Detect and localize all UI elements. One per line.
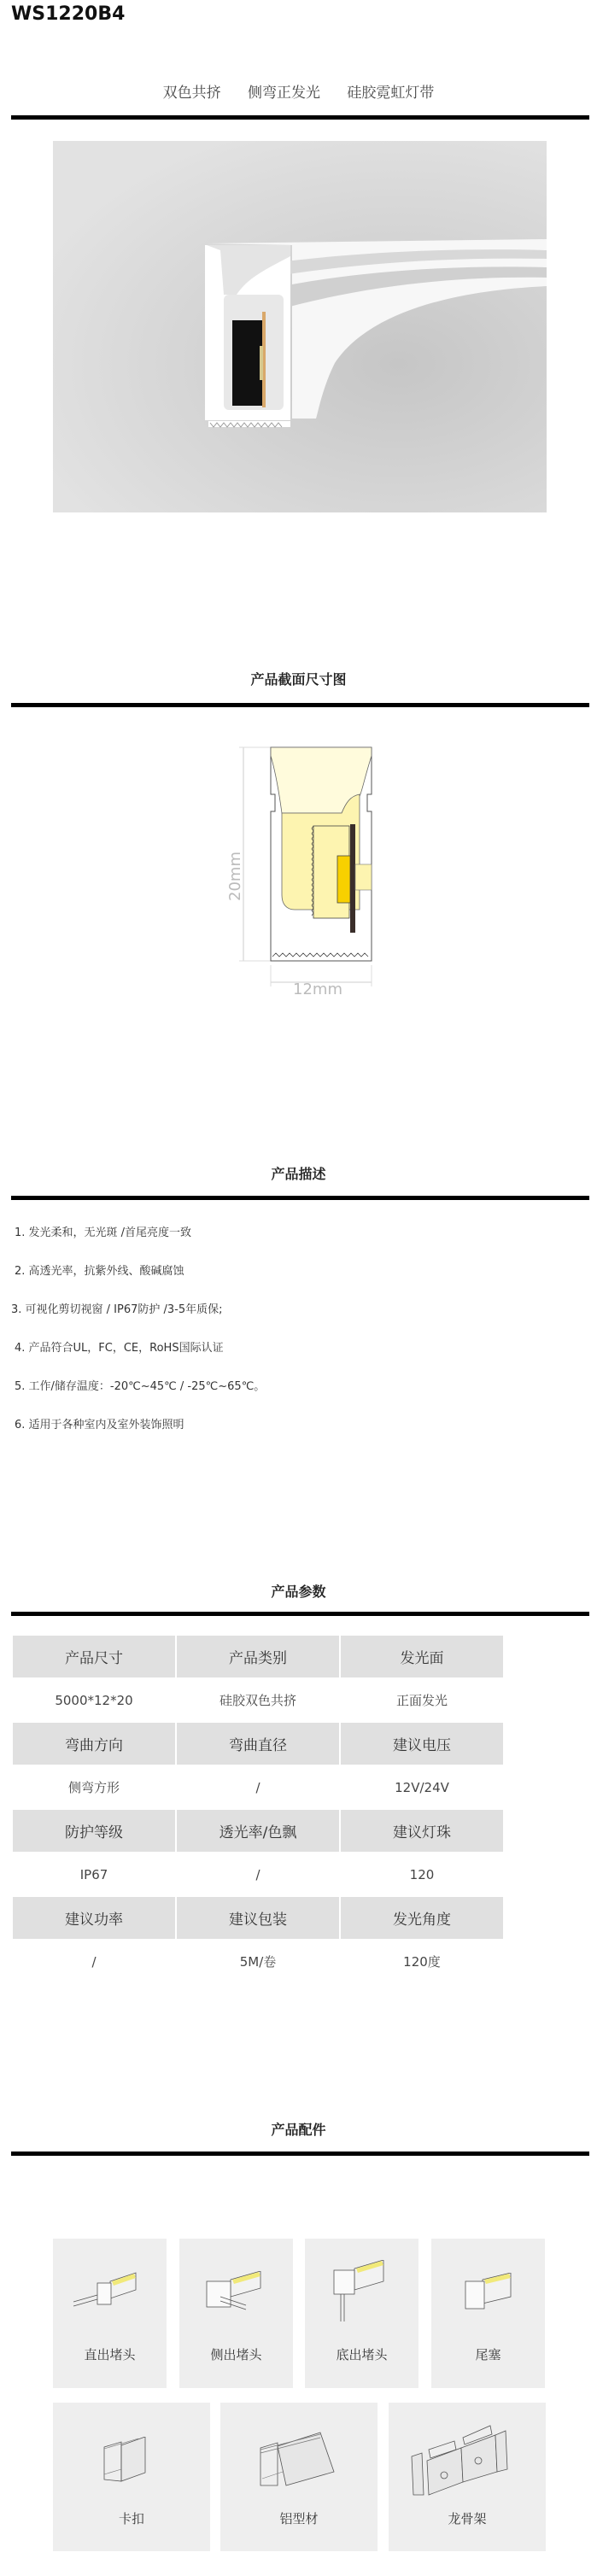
table-row: 5000*12*20 硅胶双色共挤 正面发光 bbox=[13, 1677, 503, 1723]
param-header: 建议包装 bbox=[177, 1897, 339, 1939]
aluminum-profile-icon bbox=[259, 2431, 340, 2491]
table-header-row: 弯曲方向 弯曲直径 建议电压 bbox=[13, 1723, 503, 1765]
accessory-card-tail-plug: 尾塞 bbox=[431, 2239, 545, 2388]
product-model-title: WS1220B4 bbox=[11, 3, 125, 25]
table-row: 侧弯方形 / 12V/24V bbox=[13, 1765, 503, 1810]
param-value: 120 bbox=[341, 1852, 503, 1897]
param-value: 硅胶双色共挤 bbox=[177, 1677, 339, 1723]
accessory-card-side-end-cap: 侧出堵头 bbox=[179, 2239, 293, 2388]
param-value: IP67 bbox=[13, 1852, 175, 1897]
tag-dual-color: 双色共挤 bbox=[163, 85, 221, 102]
divider bbox=[11, 2152, 589, 2156]
accessory-label: 尾塞 bbox=[431, 2345, 545, 2363]
description-item: 2. 高透光率，抗紫外线、酸碱腐蚀 bbox=[15, 1262, 184, 1278]
param-value: 5000*12*20 bbox=[13, 1677, 175, 1723]
table-header-row: 建议功率 建议包装 发光角度 bbox=[13, 1897, 503, 1939]
bottom-end-cap-icon bbox=[331, 2260, 390, 2324]
accessory-card-clip: 卡扣 bbox=[53, 2403, 210, 2551]
description-item: 1. 发光柔和，无光斑 /首尾亮度一致 bbox=[15, 1223, 191, 1239]
param-header: 产品尺寸 bbox=[13, 1636, 175, 1677]
param-value: 5M/卷 bbox=[177, 1939, 339, 1984]
keel-frame-icon bbox=[410, 2422, 521, 2499]
table-header-row: 防护等级 透光率/色飘 建议灯珠 bbox=[13, 1810, 503, 1852]
description-item: 5. 工作/储存温度：-20℃~45℃ / -25℃~65℃。 bbox=[15, 1377, 265, 1393]
accessory-card-keel-frame: 龙骨架 bbox=[389, 2403, 546, 2551]
param-header: 弯曲方向 bbox=[13, 1723, 175, 1765]
divider bbox=[11, 1196, 589, 1200]
param-header: 建议功率 bbox=[13, 1897, 175, 1939]
table-row: / 5M/卷 120度 bbox=[13, 1939, 503, 1984]
divider bbox=[11, 1612, 589, 1616]
product-tagline: 双色共挤 侧弯正发光 硅胶霓虹灯带 bbox=[0, 80, 597, 102]
section-title-params: 产品参数 bbox=[0, 1581, 597, 1601]
param-header: 防护等级 bbox=[13, 1810, 175, 1852]
divider bbox=[11, 115, 589, 120]
param-value: 正面发光 bbox=[341, 1677, 503, 1723]
cross-section-diagram: 20mm 12mm bbox=[218, 743, 389, 999]
table-row: IP67 / 120 bbox=[13, 1852, 503, 1897]
accessory-label: 龙骨架 bbox=[389, 2509, 546, 2527]
param-header: 建议电压 bbox=[341, 1723, 503, 1765]
param-header: 发光角度 bbox=[341, 1897, 503, 1939]
neon-strip-render-icon bbox=[53, 141, 547, 512]
accessory-card-bottom-end-cap: 底出堵头 bbox=[305, 2239, 418, 2388]
clip-icon bbox=[102, 2437, 162, 2488]
accessory-card-aluminum-profile: 铝型材 bbox=[220, 2403, 378, 2551]
section-title-description: 产品描述 bbox=[0, 1163, 597, 1183]
param-header: 发光面 bbox=[341, 1636, 503, 1677]
product-hero-image bbox=[53, 141, 547, 512]
accessory-label: 直出堵头 bbox=[53, 2345, 167, 2363]
height-dimension-label: 20mm bbox=[226, 852, 244, 901]
description-item: 6. 适用于各种室内及室外装饰照明 bbox=[15, 1415, 184, 1431]
width-dimension-label: 12mm bbox=[293, 981, 342, 998]
accessory-label: 铝型材 bbox=[220, 2509, 378, 2527]
straight-end-cap-icon bbox=[72, 2271, 149, 2314]
param-header: 建议灯珠 bbox=[341, 1810, 503, 1852]
accessory-label: 底出堵头 bbox=[305, 2345, 418, 2363]
param-value: / bbox=[177, 1852, 339, 1897]
accessory-card-straight-end-cap: 直出堵头 bbox=[53, 2239, 167, 2388]
tag-side-bend: 侧弯正发光 bbox=[248, 85, 320, 102]
section-title-dimension: 产品截面尺寸图 bbox=[0, 669, 597, 688]
param-header: 透光率/色飘 bbox=[177, 1810, 339, 1852]
divider bbox=[11, 703, 589, 707]
accessory-label: 侧出堵头 bbox=[179, 2345, 293, 2363]
param-header: 产品类别 bbox=[177, 1636, 339, 1677]
param-value: 12V/24V bbox=[341, 1765, 503, 1810]
table-header-row: 产品尺寸 产品类别 发光面 bbox=[13, 1636, 503, 1677]
param-value: 侧弯方形 bbox=[13, 1765, 175, 1810]
accessory-label: 卡扣 bbox=[53, 2509, 210, 2527]
section-title-accessories: 产品配件 bbox=[0, 2119, 597, 2139]
side-end-cap-icon bbox=[205, 2271, 273, 2318]
tail-plug-icon bbox=[464, 2273, 515, 2315]
description-item: 3. 可视化剪切视窗 / IP67防护 /3-5年质保; bbox=[11, 1300, 223, 1316]
param-value: / bbox=[177, 1765, 339, 1810]
params-table: 产品尺寸 产品类别 发光面 5000*12*20 硅胶双色共挤 正面发光 弯曲方… bbox=[11, 1636, 505, 1984]
tag-silicone-neon: 硅胶霓虹灯带 bbox=[347, 85, 434, 102]
description-item: 4. 产品符合UL，FC，CE，RoHS国际认证 bbox=[15, 1338, 224, 1355]
param-value: / bbox=[13, 1939, 175, 1984]
param-value: 120度 bbox=[341, 1939, 503, 1984]
param-header: 弯曲直径 bbox=[177, 1723, 339, 1765]
